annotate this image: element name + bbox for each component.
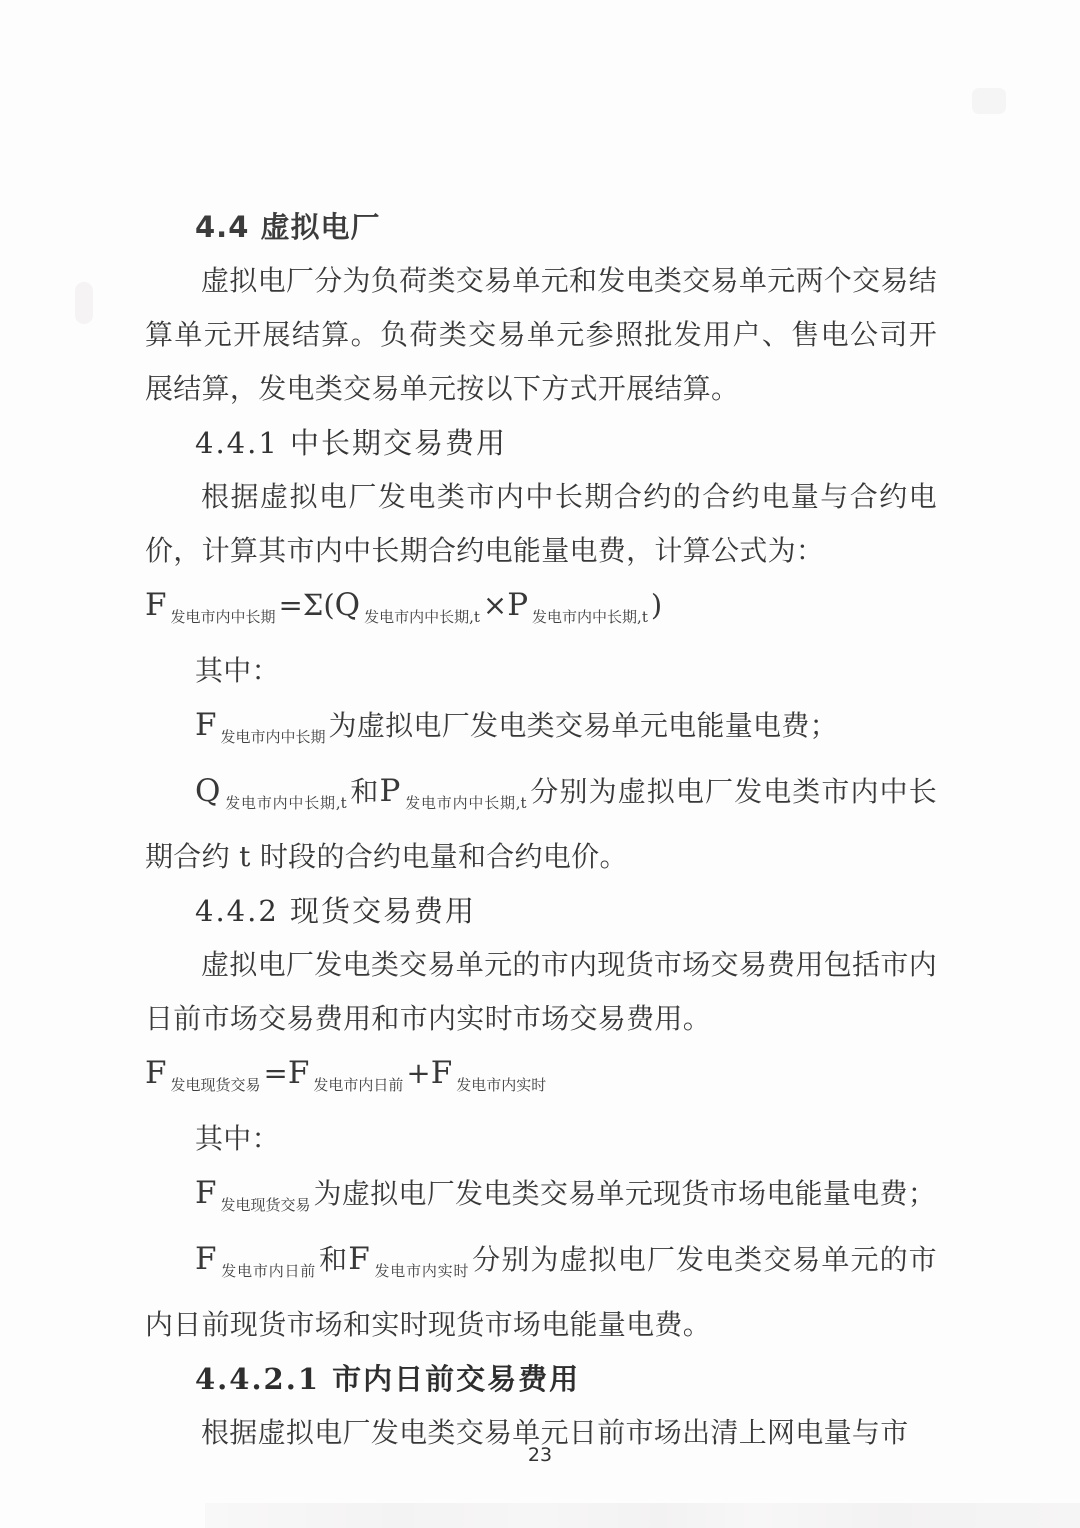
formula-midlong-term: F发电市内中长期=Σ(Q发电市内中长期,t×P发电市内中长期,t) bbox=[145, 578, 937, 644]
formula-subscript: 发电市内日前 bbox=[309, 1076, 406, 1094]
formula-subscript: 发电现货交易 bbox=[167, 1076, 264, 1094]
formula-subscript: 发电市内中长期 bbox=[167, 608, 279, 626]
scan-artifact bbox=[75, 282, 93, 324]
page-number: 23 bbox=[0, 1444, 1080, 1466]
formula-close-paren: ) bbox=[651, 588, 662, 622]
paragraph-4-4: 虚拟电厂分为负荷类交易单元和发电类交易单元两个交易结算单元开展结算。负荷类交易单… bbox=[145, 254, 937, 416]
among-label: 其中： bbox=[145, 644, 937, 698]
scan-artifact bbox=[972, 88, 1006, 114]
definition-f-midlong: F发电市内中长期为虚拟电厂发电类交易单元电能量电费； bbox=[145, 698, 937, 764]
formula-operator-plus: + bbox=[406, 1056, 430, 1090]
section-heading-4-4-1: 4.4.1 中长期交易费用 bbox=[145, 416, 937, 470]
page-content: 4.4 虚拟电厂 虚拟电厂分为负荷类交易单元和发电类交易单元两个交易结算单元开展… bbox=[145, 200, 937, 1460]
definition-f-dayahead-realtime: F发电市内日前和F发电市内实时分别为虚拟电厂发电类交易单元的市内日前现货市场和实… bbox=[145, 1232, 937, 1352]
formula-symbol-p: P bbox=[380, 773, 401, 809]
conjunction-text: 和 bbox=[319, 1243, 348, 1276]
formula-operator-eq: = bbox=[264, 1056, 288, 1090]
formula-symbol-q: Q bbox=[195, 773, 220, 809]
formula-operator-times: × bbox=[483, 588, 507, 622]
formula-subscript: 发电市内中长期,t bbox=[360, 608, 483, 626]
definition-text: 分别为虚拟电厂发电类市内中长期合约 t 时段的合约电量和合约电价。 bbox=[145, 775, 937, 873]
formula-symbol-f: F bbox=[431, 1055, 453, 1091]
formula-subscript: 发电市内中长期,t bbox=[400, 794, 529, 812]
formula-subscript: 发电现货交易 bbox=[217, 1196, 314, 1214]
conjunction-text: 和 bbox=[350, 775, 380, 808]
definition-qp-midlong: Q发电市内中长期,t和P发电市内中长期,t分别为虚拟电厂发电类市内中长期合约 t… bbox=[145, 764, 937, 884]
formula-operator-eq-sigma: =Σ( bbox=[279, 588, 335, 622]
formula-subscript: 发电市内实时 bbox=[452, 1076, 549, 1094]
formula-subscript: 发电市内中长期,t bbox=[528, 608, 651, 626]
document-page: 4.4 虚拟电厂 虚拟电厂分为负荷类交易单元和发电类交易单元两个交易结算单元开展… bbox=[0, 0, 1080, 1528]
paragraph-4-4-1: 根据虚拟电厂发电类市内中长期合约的合约电量与合约电价，计算其市内中长期合约电能量… bbox=[145, 470, 937, 578]
definition-text: 为虚拟电厂发电类交易单元现货市场电能量电费； bbox=[314, 1177, 937, 1210]
among-label: 其中： bbox=[145, 1112, 937, 1166]
formula-symbol-f: F bbox=[145, 1055, 167, 1091]
scan-shadow-band bbox=[205, 1503, 1080, 1528]
definition-text: 分别为虚拟电厂发电类交易单元的市内日前现货市场和实时现货市场电能量电费。 bbox=[145, 1243, 937, 1341]
formula-subscript: 发电市内中长期,t bbox=[220, 794, 349, 812]
formula-symbol-f: F bbox=[145, 587, 167, 623]
formula-symbol-f: F bbox=[195, 1241, 217, 1277]
formula-symbol-f: F bbox=[195, 707, 217, 743]
formula-spot-trading: F发电现货交易=F发电市内日前+F发电市内实时 bbox=[145, 1046, 937, 1112]
formula-symbol-f: F bbox=[348, 1241, 370, 1277]
formula-subscript: 发电市内实时 bbox=[370, 1262, 473, 1280]
formula-symbol-f: F bbox=[195, 1175, 217, 1211]
definition-text: 为虚拟电厂发电类交易单元电能量电费； bbox=[329, 709, 838, 742]
formula-subscript: 发电市内日前 bbox=[217, 1262, 320, 1280]
formula-symbol-f: F bbox=[288, 1055, 310, 1091]
section-heading-4-4-2: 4.4.2 现货交易费用 bbox=[145, 884, 937, 938]
formula-subscript: 发电市内中长期 bbox=[217, 728, 329, 746]
formula-symbol-q: Q bbox=[335, 587, 360, 623]
section-heading-4-4: 4.4 虚拟电厂 bbox=[145, 200, 937, 254]
section-heading-4-4-2-1: 4.4.2.1 市内日前交易费用 bbox=[145, 1352, 937, 1406]
paragraph-4-4-2: 虚拟电厂发电类交易单元的市内现货市场交易费用包括市内日前市场交易费用和市内实时市… bbox=[145, 938, 937, 1046]
definition-f-spot: F发电现货交易为虚拟电厂发电类交易单元现货市场电能量电费； bbox=[145, 1166, 937, 1232]
formula-symbol-p: P bbox=[507, 587, 528, 623]
